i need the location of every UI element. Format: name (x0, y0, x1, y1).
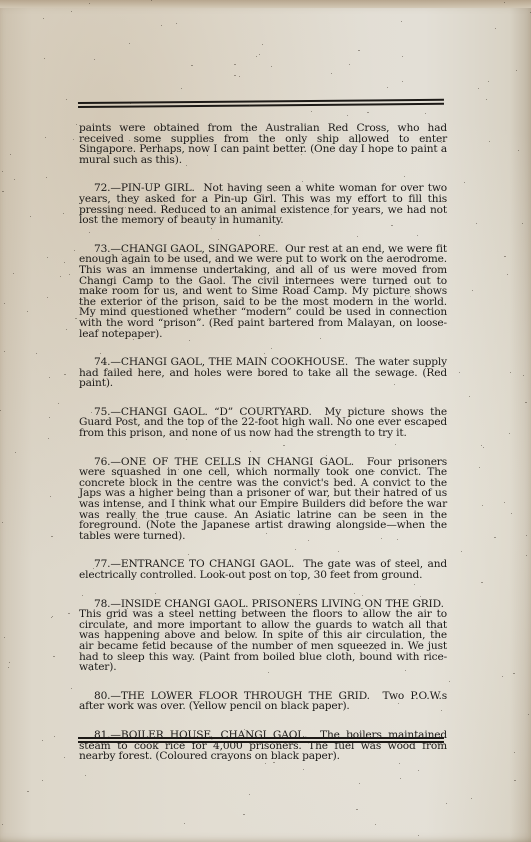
paper-speck (66, 99, 67, 100)
paper-speck (514, 780, 516, 781)
paper-speck (30, 216, 31, 217)
paper-speck (161, 25, 162, 26)
paper-speck (425, 113, 426, 114)
paper-speck (58, 403, 59, 404)
entry-78: 78.—INSIDE CHANGI GAOL. PRISONERS LIVING… (79, 599, 447, 673)
paper-speck (513, 673, 515, 674)
paper-speck (48, 438, 49, 439)
paper-speck (384, 495, 386, 496)
paper-speck (221, 419, 222, 420)
paper-speck (64, 757, 65, 758)
paper-speck (151, 0, 152, 1)
paper-speck (94, 59, 95, 60)
paper-speck (338, 551, 339, 552)
paper-speck (326, 455, 327, 456)
paper-speck (399, 659, 400, 660)
paper-speck (446, 803, 447, 804)
page-body: paints were obtained from the Australian… (79, 123, 447, 780)
entry-81: 81.—BOILER HOUSE, CHANGI GAOL. The boile… (79, 730, 447, 762)
paper-speck (244, 435, 246, 436)
paper-speck (91, 412, 92, 413)
paper-speck (399, 763, 400, 764)
paper-speck (262, 44, 263, 45)
paper-speck (4, 351, 5, 352)
paper-speck (188, 554, 189, 555)
paper-speck (402, 81, 403, 82)
paper-speck (90, 670, 91, 671)
paper-speck (400, 778, 401, 779)
paper-speck (308, 286, 310, 287)
paper-speck (528, 714, 529, 715)
paper-speck (220, 323, 221, 324)
paper-speck (136, 518, 137, 519)
paper-speck (375, 824, 376, 825)
paper-speck (165, 518, 166, 519)
paper-speck (242, 734, 243, 735)
paper-speck (481, 445, 482, 446)
paper-speck (122, 249, 123, 250)
paper-speck (510, 372, 511, 373)
paper-speck (60, 276, 61, 277)
paper-speck (189, 340, 190, 341)
paper-speck (331, 214, 332, 215)
paper-speck (359, 142, 360, 143)
paper-speck (239, 76, 240, 77)
paper-speck (36, 353, 37, 354)
paper-speck (76, 124, 77, 125)
paper-speck (324, 324, 325, 325)
paper-speck (265, 763, 266, 764)
paper-speck (516, 70, 517, 71)
paper-speck (471, 798, 472, 799)
paper-speck (45, 137, 46, 138)
paper-speck (64, 262, 65, 263)
paper-speck (53, 656, 55, 657)
paper-speck (239, 370, 240, 371)
paper-speck (320, 338, 321, 339)
paper-speck (486, 99, 487, 100)
paper-speck (365, 501, 366, 502)
page-top-edge (0, 0, 531, 8)
paper-speck (211, 736, 212, 737)
paper-speck (42, 740, 43, 741)
paper-speck (349, 64, 350, 65)
paper-speck (186, 439, 187, 440)
continuation-paragraph: paints were obtained from the Australian… (79, 123, 447, 165)
paper-speck (93, 568, 94, 569)
paper-speck (178, 469, 179, 470)
paper-speck (47, 257, 48, 258)
paper-speck (125, 207, 126, 208)
paper-speck (13, 273, 14, 274)
paper-speck (260, 472, 261, 473)
paper-speck (361, 608, 363, 609)
paper-speck (218, 239, 219, 240)
paper-speck (348, 436, 349, 437)
paper-speck (207, 155, 208, 156)
paper-speck (478, 88, 479, 89)
paper-speck (280, 265, 281, 266)
paper-speck (2, 522, 3, 523)
paper-speck (9, 662, 10, 663)
paper-speck (219, 263, 220, 264)
paper-speck (482, 505, 483, 506)
paper-speck (253, 611, 254, 612)
paper-speck (184, 823, 185, 824)
paper-speck (395, 444, 396, 445)
paper-speck (331, 73, 332, 74)
paper-speck (525, 402, 527, 403)
entry-76: 76.—ONE OF THE CELLS IN CHANGI GAOL. Fou… (79, 457, 447, 542)
paper-speck (89, 232, 90, 233)
paper-speck (356, 809, 358, 810)
paper-speck (133, 339, 134, 340)
top-double-rule (78, 99, 444, 108)
paper-speck (114, 331, 115, 332)
paper-speck (381, 538, 382, 539)
paper-speck (461, 551, 462, 552)
paper-speck (27, 311, 28, 312)
paper-speck (507, 274, 508, 275)
paper-speck (299, 594, 300, 595)
entry-text: Four prisoners were squashed in one cell… (79, 456, 447, 542)
entry-75: 75.—CHANGI GAOL. “D” COURTYARD. My pictu… (79, 407, 447, 439)
paper-speck (359, 783, 360, 784)
paper-speck (263, 370, 264, 371)
paper-speck (419, 601, 421, 602)
paper-speck (147, 297, 148, 298)
paper-speck (271, 66, 272, 67)
paper-speck (127, 608, 128, 609)
paper-speck (376, 650, 377, 651)
paper-speck (298, 249, 299, 250)
paper-speck (261, 194, 262, 195)
book-page: paints were obtained from the Australian… (0, 0, 531, 842)
paper-speck (119, 328, 120, 329)
paper-speck (49, 417, 50, 418)
paper-speck (43, 18, 44, 19)
paper-speck (42, 780, 43, 781)
paper-speck (2, 171, 3, 172)
paper-speck (283, 445, 285, 446)
paper-speck (133, 125, 134, 126)
paper-speck (243, 814, 245, 815)
paper-speck (418, 835, 419, 836)
paper-speck (358, 50, 360, 51)
paper-speck (44, 58, 45, 59)
paper-speck (335, 312, 336, 313)
paper-speck (518, 150, 519, 151)
paper-speck (298, 410, 299, 411)
paper-speck (479, 467, 480, 468)
bottom-double-rule (78, 737, 444, 743)
paper-speck (504, 256, 506, 257)
paper-speck (129, 140, 130, 141)
paper-speck (249, 371, 250, 372)
paper-speck (526, 535, 527, 536)
entry-80: 80.—THE LOWER FLOOR THROUGH THE GRID. Tw… (79, 691, 447, 712)
paper-speck (64, 374, 66, 375)
paper-speck (268, 672, 269, 673)
paper-speck (469, 396, 470, 397)
paper-speck (403, 491, 404, 492)
paper-speck (210, 708, 211, 709)
paper-speck (181, 88, 182, 89)
paper-speck (504, 2, 505, 3)
paper-speck (85, 775, 86, 776)
paper-speck (219, 573, 220, 574)
paper-speck (183, 195, 184, 196)
paper-speck (71, 11, 72, 12)
paper-speck (89, 3, 90, 4)
paper-speck (124, 623, 125, 624)
paper-speck (494, 537, 496, 538)
paper-speck (313, 291, 314, 292)
paper-speck (52, 616, 53, 617)
paper-speck (74, 250, 75, 251)
paper-speck (4, 303, 5, 304)
paper-speck (495, 28, 496, 29)
paper-speck (464, 182, 465, 183)
paper-speck (54, 736, 55, 737)
paper-speck (311, 111, 312, 112)
paper-speck (125, 566, 126, 567)
paper-speck (302, 181, 303, 182)
paper-speck (0, 410, 1, 411)
paper-speck (410, 296, 411, 297)
paper-speck (259, 54, 260, 55)
paper-speck (522, 223, 523, 224)
paper-speck (392, 284, 394, 285)
paper-speck (250, 451, 251, 452)
paper-speck (441, 142, 442, 143)
paper-speck (264, 353, 265, 354)
paper-speck (50, 496, 51, 497)
paper-speck (357, 236, 358, 237)
paper-speck (51, 617, 52, 618)
paper-speck (357, 301, 358, 302)
paper-speck (423, 287, 424, 288)
paper-speck (247, 212, 248, 213)
paper-speck (391, 225, 393, 226)
paper-speck (290, 278, 291, 279)
paper-speck (221, 753, 222, 754)
paper-speck (234, 64, 236, 65)
paper-speck (476, 223, 477, 224)
paper-speck (302, 246, 303, 247)
paper-speck (303, 769, 304, 770)
paper-speck (405, 670, 406, 671)
paper-speck (49, 377, 50, 378)
paper-speck (4, 637, 5, 638)
paper-speck (246, 132, 247, 133)
paper-speck (481, 582, 483, 583)
paper-speck (414, 584, 415, 585)
paper-speck (79, 303, 80, 304)
paper-speck (402, 56, 403, 57)
paper-speck (256, 56, 257, 57)
paper-speck (459, 372, 460, 373)
paper-speck (2, 824, 3, 825)
paper-speck (191, 65, 193, 66)
paper-speck (69, 274, 70, 275)
paper-speck (66, 329, 67, 330)
paper-speck (46, 177, 47, 178)
paper-speck (14, 179, 15, 180)
paper-speck (387, 87, 388, 88)
paper-speck (133, 262, 135, 263)
paper-speck (244, 729, 245, 730)
paper-speck (351, 732, 352, 733)
paper-speck (509, 433, 510, 434)
paper-speck (144, 646, 146, 647)
paper-speck (351, 414, 352, 415)
paper-speck (8, 667, 9, 668)
paper-speck (186, 165, 187, 166)
paper-speck (271, 348, 272, 349)
paper-speck (129, 43, 130, 44)
paper-speck (374, 471, 375, 472)
entry-77: 77.—ENTRANCE TO CHANGI GAOL. The gate wa… (79, 559, 447, 580)
paper-speck (130, 373, 131, 374)
paper-speck (71, 688, 72, 689)
paper-speck (418, 770, 419, 771)
paper-speck (259, 235, 260, 236)
paper-speck (289, 570, 290, 571)
paper-speck (164, 204, 165, 205)
entry-73: 73.—CHANGI GAOL, SINGAPORE. Our rest at … (79, 244, 447, 339)
paper-speck (51, 536, 53, 537)
entry-72: 72.—PIN-UP GIRL. Not having seen a white… (79, 183, 447, 225)
paper-speck (483, 447, 484, 448)
paper-speck (489, 141, 490, 142)
paper-speck (441, 710, 442, 711)
paper-speck (121, 254, 122, 255)
entry-text: This grid was a steel netting between th… (79, 608, 447, 673)
paper-speck (75, 318, 77, 319)
paper-speck (68, 613, 70, 614)
paper-speck (126, 626, 127, 627)
paper-speck (449, 681, 450, 682)
paper-speck (154, 522, 155, 523)
paper-speck (236, 743, 237, 744)
paper-speck (234, 75, 236, 76)
paper-speck (404, 176, 405, 177)
paper-speck (401, 21, 402, 22)
paper-speck (295, 549, 296, 550)
paper-speck (308, 540, 309, 541)
paper-speck (249, 105, 250, 106)
paper-speck (472, 290, 473, 291)
paper-speck (2, 191, 4, 192)
paper-speck (155, 593, 156, 594)
paper-speck (63, 213, 64, 214)
paper-speck (136, 522, 137, 523)
paper-speck (502, 676, 503, 677)
paper-speck (441, 150, 442, 151)
paper-speck (47, 297, 48, 298)
paper-speck (100, 353, 101, 354)
paper-speck (10, 154, 11, 155)
paper-speck (488, 81, 489, 82)
paper-speck (354, 593, 355, 594)
paper-speck (367, 112, 369, 113)
paper-speck (385, 269, 386, 270)
paper-speck (407, 415, 408, 416)
paper-speck (420, 596, 421, 597)
paper-speck (82, 595, 83, 596)
paper-speck (250, 246, 252, 247)
paper-speck (417, 235, 418, 236)
paper-speck (394, 384, 395, 385)
paper-speck (15, 452, 16, 453)
paper-speck (362, 595, 363, 596)
paper-speck (273, 762, 275, 763)
entry-text: Our rest at an end, we were fit enough a… (79, 243, 447, 340)
paper-speck (405, 295, 406, 296)
paper-speck (73, 139, 74, 140)
paper-speck (249, 794, 250, 795)
paper-speck (266, 533, 267, 534)
paper-speck (27, 791, 29, 792)
paper-speck (347, 115, 348, 116)
paper-speck (167, 698, 169, 699)
paper-speck (130, 103, 131, 104)
paper-speck (511, 513, 512, 514)
paper-speck (264, 373, 265, 374)
paper-speck (120, 476, 121, 477)
paper-speck (397, 539, 398, 540)
paper-speck (526, 555, 527, 556)
paper-speck (514, 752, 515, 753)
paper-speck (233, 318, 234, 319)
paper-speck (211, 228, 212, 229)
paper-speck (301, 154, 302, 155)
paper-speck (504, 502, 505, 503)
paper-speck (523, 375, 524, 376)
paper-speck (372, 645, 373, 646)
paper-speck (176, 23, 177, 24)
paper-speck (132, 202, 134, 203)
paper-speck (398, 703, 399, 704)
paper-speck (214, 693, 215, 694)
